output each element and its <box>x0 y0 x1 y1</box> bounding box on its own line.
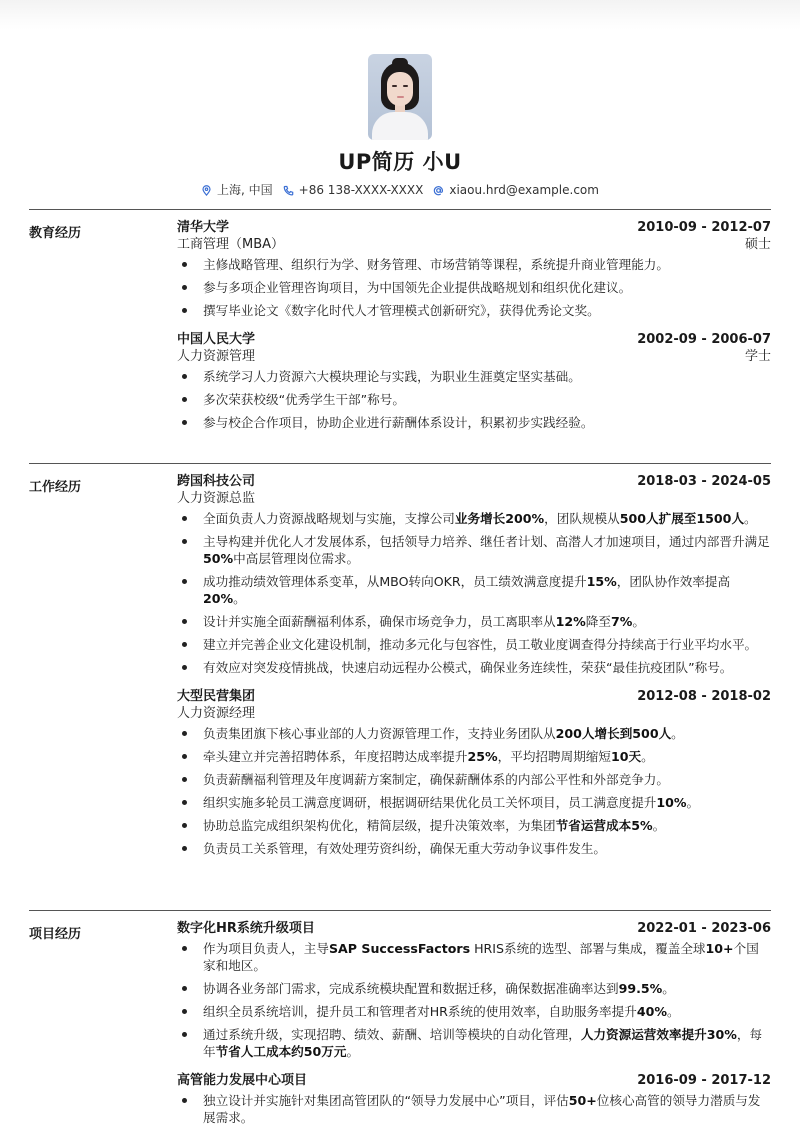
resume-page: UP简历 小U 上海, 中国 +86 138-XXXX-XXXX <box>0 0 800 1130</box>
entry-role: 人力资源总监 <box>177 490 255 507</box>
bullet-text: 。 <box>662 981 675 996</box>
bullet-text: 主修战略管理、组织行为学、财务管理、市场营销等课程，系统提升商业管理能力。 <box>203 257 669 272</box>
bullet-item: 组织实施多轮员工满意度调研，根据调研结果优化员工关怀项目，员工满意度提升10%。 <box>177 794 771 811</box>
bullet-text: 主导构建并优化人才发展体系，包括领导力培养、继任者计划、高潜人才加速项目，通过内… <box>203 534 770 549</box>
bullet-item: 系统学习人力资源六大模块理论与实践，为职业生涯奠定坚实基础。 <box>177 368 771 385</box>
bullet-text: 。 <box>671 726 684 741</box>
bullet-item: 负责员工关系管理，有效处理劳资纠纷，确保无重大劳动争议事件发生。 <box>177 840 771 857</box>
contact-info: 上海, 中国 +86 138-XXXX-XXXX xiaou.hrd@examp… <box>0 182 800 198</box>
entry-date-range: 2016-09 - 2017-12 <box>637 1072 771 1089</box>
contact-location: 上海, 中国 <box>201 182 273 198</box>
resume-entry: 高管能力发展中心项目 2016-09 - 2017-12 独立设计并实施针对集团… <box>177 1072 771 1126</box>
entry-date-range: 2012-08 - 2018-02 <box>637 688 771 705</box>
bullet-text: 中高层管理岗位需求。 <box>233 551 359 566</box>
entry-organization: 数字化HR系统升级项目 <box>177 920 315 937</box>
highlight-text: 10+ <box>706 941 734 956</box>
bullet-text: ，团队规模从 <box>544 511 620 526</box>
highlight-text: 25% <box>467 749 497 764</box>
highlight-text: 99.5% <box>619 981 663 996</box>
entry-header: 清华大学 2010-09 - 2012-07 <box>177 219 771 236</box>
section-entries: 跨国科技公司 2018-03 - 2024-05 人力资源总监 全面负责人力资源… <box>177 473 771 869</box>
bullet-item: 设计并实施全面薪酬福利体系，确保市场竞争力，员工离职率从12%降至7%。 <box>177 613 771 630</box>
resume-entry: 大型民营集团 2012-08 - 2018-02 人力资源经理 负责集团旗下核心… <box>177 688 771 857</box>
entry-bullet-list: 全面负责人力资源战略规划与实施，支撑公司业务增长200%，团队规模从500人扩展… <box>177 510 771 676</box>
bullet-item: 通过系统升级，实现招聘、绩效、薪酬、培训等模块的自动化管理，人力资源运营效率提升… <box>177 1026 771 1060</box>
highlight-text: 20% <box>203 591 233 606</box>
bullet-item: 协调各业务部门需求，完成系统模块配置和数据迁移，确保数据准确率达到99.5%。 <box>177 980 771 997</box>
bullet-item: 成功推动绩效管理体系变革，从MBO转向OKR，员工绩效满意度提升15%，团队协作… <box>177 573 771 607</box>
bullet-item: 撰写毕业论文《数字化时代人才管理模式创新研究》，获得优秀论文奖。 <box>177 302 771 319</box>
entry-header: 数字化HR系统升级项目 2022-01 - 2023-06 <box>177 920 771 937</box>
highlight-text: 200人增长到500人 <box>556 726 672 741</box>
bullet-text: 。 <box>233 591 246 606</box>
bullet-text: 。 <box>653 818 666 833</box>
entry-organization: 中国人民大学 <box>177 331 255 348</box>
bullet-text: 负责集团旗下核心事业部的人力资源管理工作，支持业务团队从 <box>203 726 556 741</box>
entry-organization: 高管能力发展中心项目 <box>177 1072 307 1089</box>
highlight-text: 业务增长200% <box>455 511 544 526</box>
contact-email[interactable]: xiaou.hrd@example.com <box>433 182 599 198</box>
bullet-item: 负责薪酬福利管理及年度调薪方案制定，确保薪酬体系的内部公平性和外部竞争力。 <box>177 771 771 788</box>
bullet-text: ，平均招聘周期缩短 <box>498 749 611 764</box>
entry-organization: 清华大学 <box>177 219 229 236</box>
bullet-item: 作为项目负责人，主导SAP SuccessFactors HRIS系统的选型、部… <box>177 940 771 974</box>
entry-degree: 学士 <box>745 348 771 365</box>
bullet-item: 参与多项企业管理咨询项目，为中国领先企业提供战略规划和组织优化建议。 <box>177 279 771 296</box>
bullet-text: 降至 <box>586 614 611 629</box>
highlight-text: 人力资源运营效率提升30% <box>581 1027 737 1042</box>
bullet-item: 负责集团旗下核心事业部的人力资源管理工作，支持业务团队从200人增长到500人。 <box>177 725 771 742</box>
phone-text: +86 138-XXXX-XXXX <box>299 182 424 198</box>
bullet-text: 协助总监完成组织架构优化，精简层级，提升决策效率，为集团 <box>203 818 556 833</box>
bullet-text: ，团队协作效率提高 <box>617 574 730 589</box>
section-title: 工作经历 <box>29 476 81 495</box>
bullet-text: 通过系统升级，实现招聘、绩效、薪酬、培训等模块的自动化管理， <box>203 1027 581 1042</box>
entry-organization: 跨国科技公司 <box>177 473 255 490</box>
bullet-item: 主修战略管理、组织行为学、财务管理、市场营销等课程，系统提升商业管理能力。 <box>177 256 771 273</box>
resume-entry: 跨国科技公司 2018-03 - 2024-05 人力资源总监 全面负责人力资源… <box>177 473 771 676</box>
section-title: 项目经历 <box>29 923 81 942</box>
bullet-text: 建立并完善企业文化建设机制，推动多元化与包容性，员工敬业度调查得分持续高于行业平… <box>203 637 757 652</box>
bullet-text: 。 <box>687 795 700 810</box>
entry-date-range: 2010-09 - 2012-07 <box>637 219 771 236</box>
entry-bullet-list: 作为项目负责人，主导SAP SuccessFactors HRIS系统的选型、部… <box>177 940 771 1060</box>
bullet-text: 作为项目负责人，主导 <box>203 941 329 956</box>
highlight-text: 50% <box>203 551 233 566</box>
highlight-text: 12% <box>556 614 586 629</box>
highlight-text: 10天 <box>611 749 641 764</box>
resume-section: 项目经历 数字化HR系统升级项目 2022-01 - 2023-06 作为项目负… <box>29 910 771 911</box>
bullet-text: 独立设计并实施针对集团高管团队的“领导力发展中心”项目，评估 <box>203 1093 569 1108</box>
bullet-text: HRIS系统的选型、部署与集成，覆盖全球 <box>470 941 705 956</box>
highlight-text: 50+ <box>569 1093 597 1108</box>
location-pin-icon <box>201 185 212 196</box>
entry-bullet-list: 负责集团旗下核心事业部的人力资源管理工作，支持业务团队从200人增长到500人。… <box>177 725 771 857</box>
at-email-icon <box>433 185 444 196</box>
entry-subheader: 工商管理（MBA） 硕士 <box>177 236 771 253</box>
bullet-text: 系统学习人力资源六大模块理论与实践，为职业生涯奠定坚实基础。 <box>203 369 581 384</box>
resume-section: 教育经历 清华大学 2010-09 - 2012-07 工商管理（MBA） 硕士… <box>29 209 771 210</box>
entry-header: 跨国科技公司 2018-03 - 2024-05 <box>177 473 771 490</box>
entry-subheader: 人力资源总监 <box>177 490 771 507</box>
highlight-text: 节省运营成本5% <box>556 818 653 833</box>
location-text: 上海, 中国 <box>217 182 273 198</box>
bullet-text: 成功推动绩效管理体系变革，从MBO转向OKR，员工绩效满意度提升 <box>203 574 587 589</box>
highlight-text: 500人扩展至1500人 <box>620 511 744 526</box>
entry-header: 中国人民大学 2002-09 - 2006-07 <box>177 331 771 348</box>
bullet-text: 撰写毕业论文《数字化时代人才管理模式创新研究》，获得优秀论文奖。 <box>203 303 600 318</box>
bullet-item: 全面负责人力资源战略规划与实施，支撑公司业务增长200%，团队规模从500人扩展… <box>177 510 771 527</box>
entry-subheader: 人力资源管理 学士 <box>177 348 771 365</box>
bullet-text: 协调各业务部门需求，完成系统模块配置和数据迁移，确保数据准确率达到 <box>203 981 619 996</box>
bullet-item: 组织全员系统培训，提升员工和管理者对HR系统的使用效率，自助服务率提升40%。 <box>177 1003 771 1020</box>
bullet-text: 有效应对突发疫情挑战，快速启动远程办公模式，确保业务连续性，荣获“最佳抗疫团队”… <box>203 660 732 675</box>
entry-role: 人力资源经理 <box>177 705 255 722</box>
entry-bullet-list: 独立设计并实施针对集团高管团队的“领导力发展中心”项目，评估50+位核心高管的领… <box>177 1092 771 1126</box>
bullet-item: 牵头建立并完善招聘体系，年度招聘达成率提升25%，平均招聘周期缩短10天。 <box>177 748 771 765</box>
bullet-text: 。 <box>744 511 757 526</box>
bullet-item: 建立并完善企业文化建设机制，推动多元化与包容性，员工敬业度调查得分持续高于行业平… <box>177 636 771 653</box>
bullet-item: 协助总监完成组织架构优化，精简层级，提升决策效率，为集团节省运营成本5%。 <box>177 817 771 834</box>
entry-role: 人力资源管理 <box>177 348 255 365</box>
bullet-item: 独立设计并实施针对集团高管团队的“领导力发展中心”项目，评估50+位核心高管的领… <box>177 1092 771 1126</box>
resume-entry: 清华大学 2010-09 - 2012-07 工商管理（MBA） 硕士 主修战略… <box>177 219 771 319</box>
resume-entry: 数字化HR系统升级项目 2022-01 - 2023-06 作为项目负责人，主导… <box>177 920 771 1060</box>
email-text: xiaou.hrd@example.com <box>449 182 599 198</box>
bullet-text: 参与多项企业管理咨询项目，为中国领先企业提供战略规划和组织优化建议。 <box>203 280 631 295</box>
entry-date-range: 2018-03 - 2024-05 <box>637 473 771 490</box>
entry-bullet-list: 主修战略管理、组织行为学、财务管理、市场营销等课程，系统提升商业管理能力。参与多… <box>177 256 771 319</box>
bullet-text: 设计并实施全面薪酬福利体系，确保市场竞争力，员工离职率从 <box>203 614 556 629</box>
highlight-text: 7% <box>611 614 632 629</box>
highlight-text: 节省人工成本约50万元 <box>216 1044 347 1059</box>
entry-subheader: 人力资源经理 <box>177 705 771 722</box>
bullet-text: 牵头建立并完善招聘体系，年度招聘达成率提升 <box>203 749 467 764</box>
resume-header: UP简历 小U 上海, 中国 +86 138-XXXX-XXXX <box>0 54 800 198</box>
profile-photo <box>368 54 432 140</box>
entry-degree: 硕士 <box>745 236 771 253</box>
bullet-text: 组织实施多轮员工满意度调研，根据调研结果优化员工关怀项目，员工满意度提升 <box>203 795 656 810</box>
highlight-text: SAP SuccessFactors <box>329 941 470 956</box>
bullet-item: 多次荣获校级“优秀学生干部”称号。 <box>177 391 771 408</box>
resume-entry: 中国人民大学 2002-09 - 2006-07 人力资源管理 学士 系统学习人… <box>177 331 771 431</box>
section-entries: 数字化HR系统升级项目 2022-01 - 2023-06 作为项目负责人，主导… <box>177 920 771 1130</box>
bullet-text: 全面负责人力资源战略规划与实施，支撑公司 <box>203 511 455 526</box>
bullet-item: 主导构建并优化人才发展体系，包括领导力培养、继任者计划、高潜人才加速项目，通过内… <box>177 533 771 567</box>
candidate-name: UP简历 小U <box>0 148 800 176</box>
bullet-text: 多次荣获校级“优秀学生干部”称号。 <box>203 392 405 407</box>
entry-bullet-list: 系统学习人力资源六大模块理论与实践，为职业生涯奠定坚实基础。多次荣获校级“优秀学… <box>177 368 771 431</box>
bullet-text: 。 <box>632 614 645 629</box>
resume-section: 工作经历 跨国科技公司 2018-03 - 2024-05 人力资源总监 全面负… <box>29 463 771 464</box>
bullet-text: 。 <box>667 1004 680 1019</box>
bullet-text: 组织全员系统培训，提升员工和管理者对HR系统的使用效率，自助服务率提升 <box>203 1004 637 1019</box>
entry-header: 大型民营集团 2012-08 - 2018-02 <box>177 688 771 705</box>
highlight-text: 40% <box>637 1004 667 1019</box>
entry-header: 高管能力发展中心项目 2016-09 - 2017-12 <box>177 1072 771 1089</box>
bullet-text: 负责薪酬福利管理及年度调薪方案制定，确保薪酬体系的内部公平性和外部竞争力。 <box>203 772 669 787</box>
bullet-text: 。 <box>346 1044 359 1059</box>
entry-date-range: 2022-01 - 2023-06 <box>637 920 771 937</box>
entry-organization: 大型民营集团 <box>177 688 255 705</box>
contact-phone[interactable]: +86 138-XXXX-XXXX <box>283 182 424 198</box>
section-entries: 清华大学 2010-09 - 2012-07 工商管理（MBA） 硕士 主修战略… <box>177 219 771 443</box>
bullet-item: 参与校企合作项目，协助企业进行薪酬体系设计，积累初步实践经验。 <box>177 414 771 431</box>
bullet-item: 有效应对突发疫情挑战，快速启动远程办公模式，确保业务连续性，荣获“最佳抗疫团队”… <box>177 659 771 676</box>
bullet-text: 负责员工关系管理，有效处理劳资纠纷，确保无重大劳动争议事件发生。 <box>203 841 606 856</box>
entry-date-range: 2002-09 - 2006-07 <box>637 331 771 348</box>
bullet-text: 参与校企合作项目，协助企业进行薪酬体系设计，积累初步实践经验。 <box>203 415 593 430</box>
highlight-text: 10% <box>656 795 686 810</box>
section-title: 教育经历 <box>29 222 81 241</box>
bullet-text: 。 <box>641 749 654 764</box>
highlight-text: 15% <box>587 574 617 589</box>
entry-role: 工商管理（MBA） <box>177 236 284 253</box>
phone-icon <box>283 185 294 196</box>
